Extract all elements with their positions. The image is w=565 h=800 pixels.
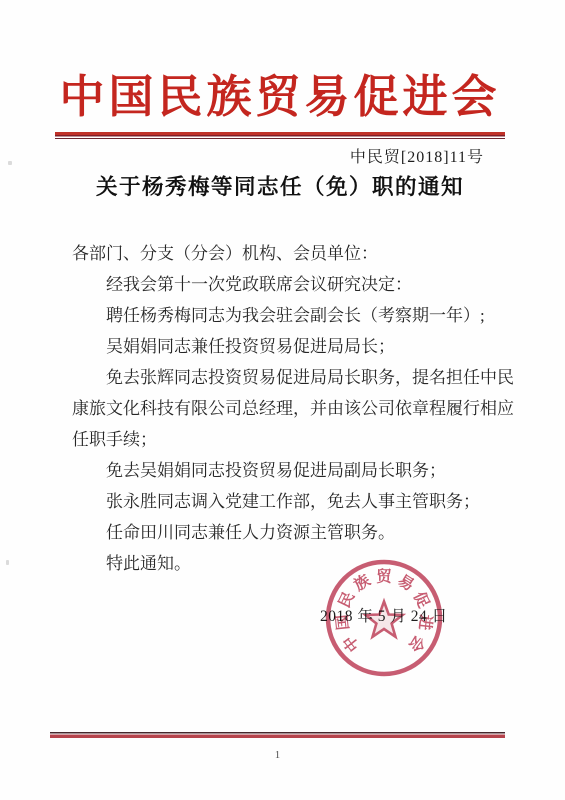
page-number: 1 (50, 750, 505, 761)
svg-text:促: 促 (410, 588, 434, 611)
document-title: 关于杨秀梅等同志任（免）职的通知 (55, 170, 505, 201)
body-line: 免去张辉同志投资贸易促进局局长职务，提名担任中民 (72, 362, 512, 393)
body-line: 各部门、分支（分会）机构、会员单位： (72, 238, 512, 269)
official-seal: 中国民族贸易促进会 (322, 556, 446, 680)
svg-text:贸: 贸 (376, 567, 392, 586)
svg-text:进: 进 (415, 613, 436, 632)
body-line: 任职手续； (72, 424, 512, 455)
body-line: 免去吴娟娟同志投资贸易促进局副局长职务； (72, 455, 512, 486)
document-number: 中民贸[2018]11号 (350, 144, 484, 167)
body-line: 经我会第十一次党政联席会议研究决定： (72, 269, 512, 300)
body-line: 张永胜同志调入党建工作部，免去人事主管职务； (72, 486, 512, 517)
org-name-header: 中国民族贸易促进会 (55, 60, 505, 125)
header-divider-rule (55, 132, 505, 139)
svg-text:易: 易 (395, 570, 418, 594)
footer-divider-rule (50, 732, 505, 738)
body-line: 康旅文化科技有限公司总经理，并由该公司依章程履行相应 (72, 393, 512, 424)
svg-text:民: 民 (334, 588, 358, 611)
document-page: 中国民族贸易促进会 中民贸[2018]11号 关于杨秀梅等同志任（免）职的通知 … (0, 0, 565, 800)
body-line: 特此通知。 (72, 548, 512, 579)
svg-text:族: 族 (350, 570, 374, 595)
body-line: 任命田川同志兼任人力资源主管职务。 (72, 517, 512, 548)
document-body: 各部门、分支（分会）机构、会员单位： 经我会第十一次党政联席会议研究决定： 聘任… (72, 238, 512, 579)
body-line: 聘任杨秀梅同志为我会驻会副会长（考察期一年）; (72, 300, 512, 331)
scan-artifact (6, 560, 9, 565)
svg-text:国: 国 (332, 613, 353, 631)
scan-artifact (8, 161, 12, 165)
seal-stamp-graphic: 中国民族贸易促进会 (322, 556, 446, 680)
body-line: 吴娟娟同志兼任投资贸易促进局局长； (72, 331, 512, 362)
